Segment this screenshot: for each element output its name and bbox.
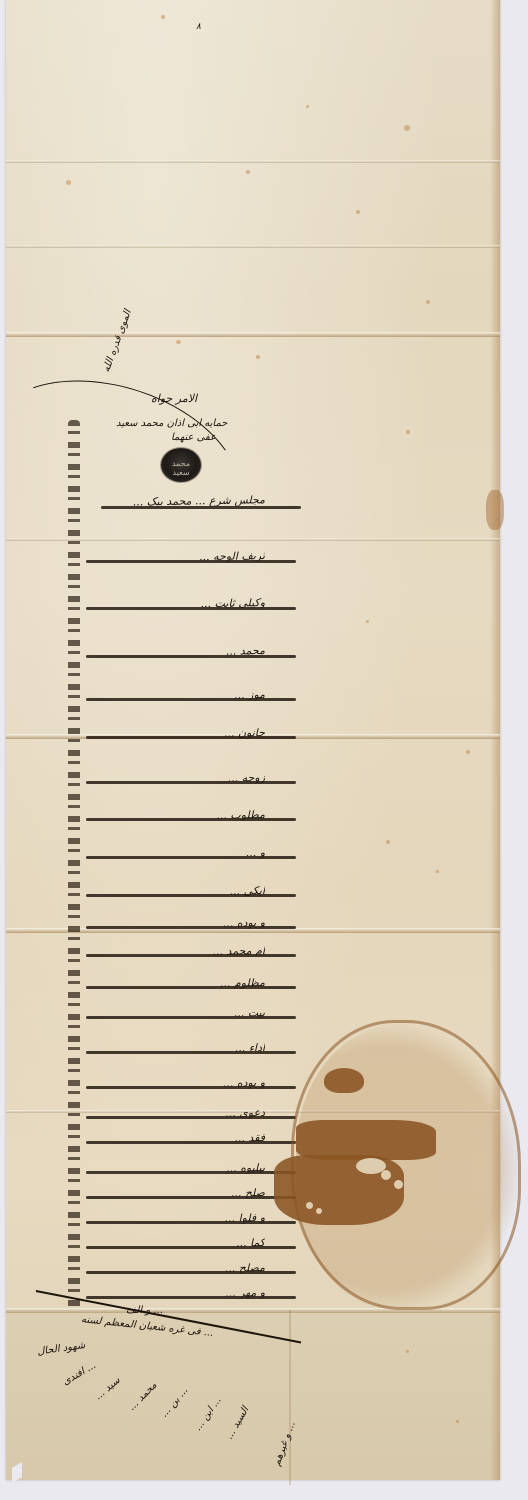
fold-crease xyxy=(6,245,500,248)
foxing-spot xyxy=(404,125,410,131)
ink-stroke xyxy=(86,856,296,859)
closing-line: ... و الف xyxy=(126,1305,163,1316)
foxing-spot xyxy=(246,170,250,174)
foxing-spot xyxy=(386,840,390,844)
fold-crease xyxy=(6,160,500,163)
ink-stroke xyxy=(86,986,296,989)
ink-stroke xyxy=(86,1016,296,1019)
worm-hole xyxy=(394,1180,403,1189)
foxing-spot xyxy=(356,210,360,214)
stain-patch xyxy=(296,1120,436,1160)
decorative-curve-line xyxy=(0,350,263,585)
fold-crease xyxy=(6,332,500,337)
foxing-spot xyxy=(406,430,410,434)
tughra-flourish: الموی قدره الله xyxy=(101,308,134,373)
foxing-spot xyxy=(466,750,470,754)
ink-stroke xyxy=(86,655,296,658)
ink-stroke xyxy=(86,1271,296,1274)
document-paper: ٨ الامر جواه حمایه ابی اذان محمد سعید عف… xyxy=(6,0,500,1480)
ink-stroke xyxy=(86,894,296,897)
foxing-spot xyxy=(66,180,71,185)
ink-stroke xyxy=(86,1221,296,1224)
ink-stroke xyxy=(86,1086,296,1089)
ink-stroke xyxy=(86,1141,296,1144)
header-line: عفی عنهما xyxy=(171,432,216,443)
foxing-spot xyxy=(366,620,369,623)
ink-stroke xyxy=(86,560,296,563)
ink-stroke xyxy=(86,781,296,784)
ink-stroke xyxy=(86,1171,296,1174)
ink-stroke xyxy=(86,736,296,739)
worm-hole xyxy=(316,1208,322,1214)
ink-stroke xyxy=(101,506,301,509)
foxing-spot xyxy=(176,340,181,344)
foxing-spot xyxy=(456,1420,459,1423)
vertical-crease xyxy=(289,1310,291,1485)
ink-stroke xyxy=(86,607,296,610)
bottom-panel xyxy=(6,1310,500,1480)
ink-stroke xyxy=(86,1296,296,1299)
ink-stroke xyxy=(86,1246,296,1249)
worm-hole xyxy=(381,1170,391,1180)
seal-inscription: محمد سعید xyxy=(165,459,197,477)
ink-stroke xyxy=(86,1116,296,1119)
ink-stroke xyxy=(86,1196,296,1199)
ink-stroke xyxy=(86,954,296,957)
ink-stroke xyxy=(86,926,296,929)
seal-stamp: محمد سعید xyxy=(161,448,201,482)
foxing-spot xyxy=(436,870,439,873)
ink-stroke xyxy=(86,1051,296,1054)
header-line: حمایه ابی اذان محمد سعید xyxy=(116,418,227,429)
edge-stain xyxy=(486,490,504,530)
stain-patch xyxy=(324,1068,364,1093)
foxing-spot xyxy=(406,1350,409,1353)
ink-stroke xyxy=(86,818,296,821)
invocation-text: الامر جواه xyxy=(151,392,197,405)
foxing-spot xyxy=(256,355,260,359)
ink-stroke xyxy=(86,698,296,701)
worm-hole xyxy=(306,1202,313,1209)
foxing-spot xyxy=(306,105,309,108)
page-mark: ٨ xyxy=(196,22,201,32)
foxing-spot xyxy=(426,300,430,304)
foxing-spot xyxy=(161,15,165,19)
